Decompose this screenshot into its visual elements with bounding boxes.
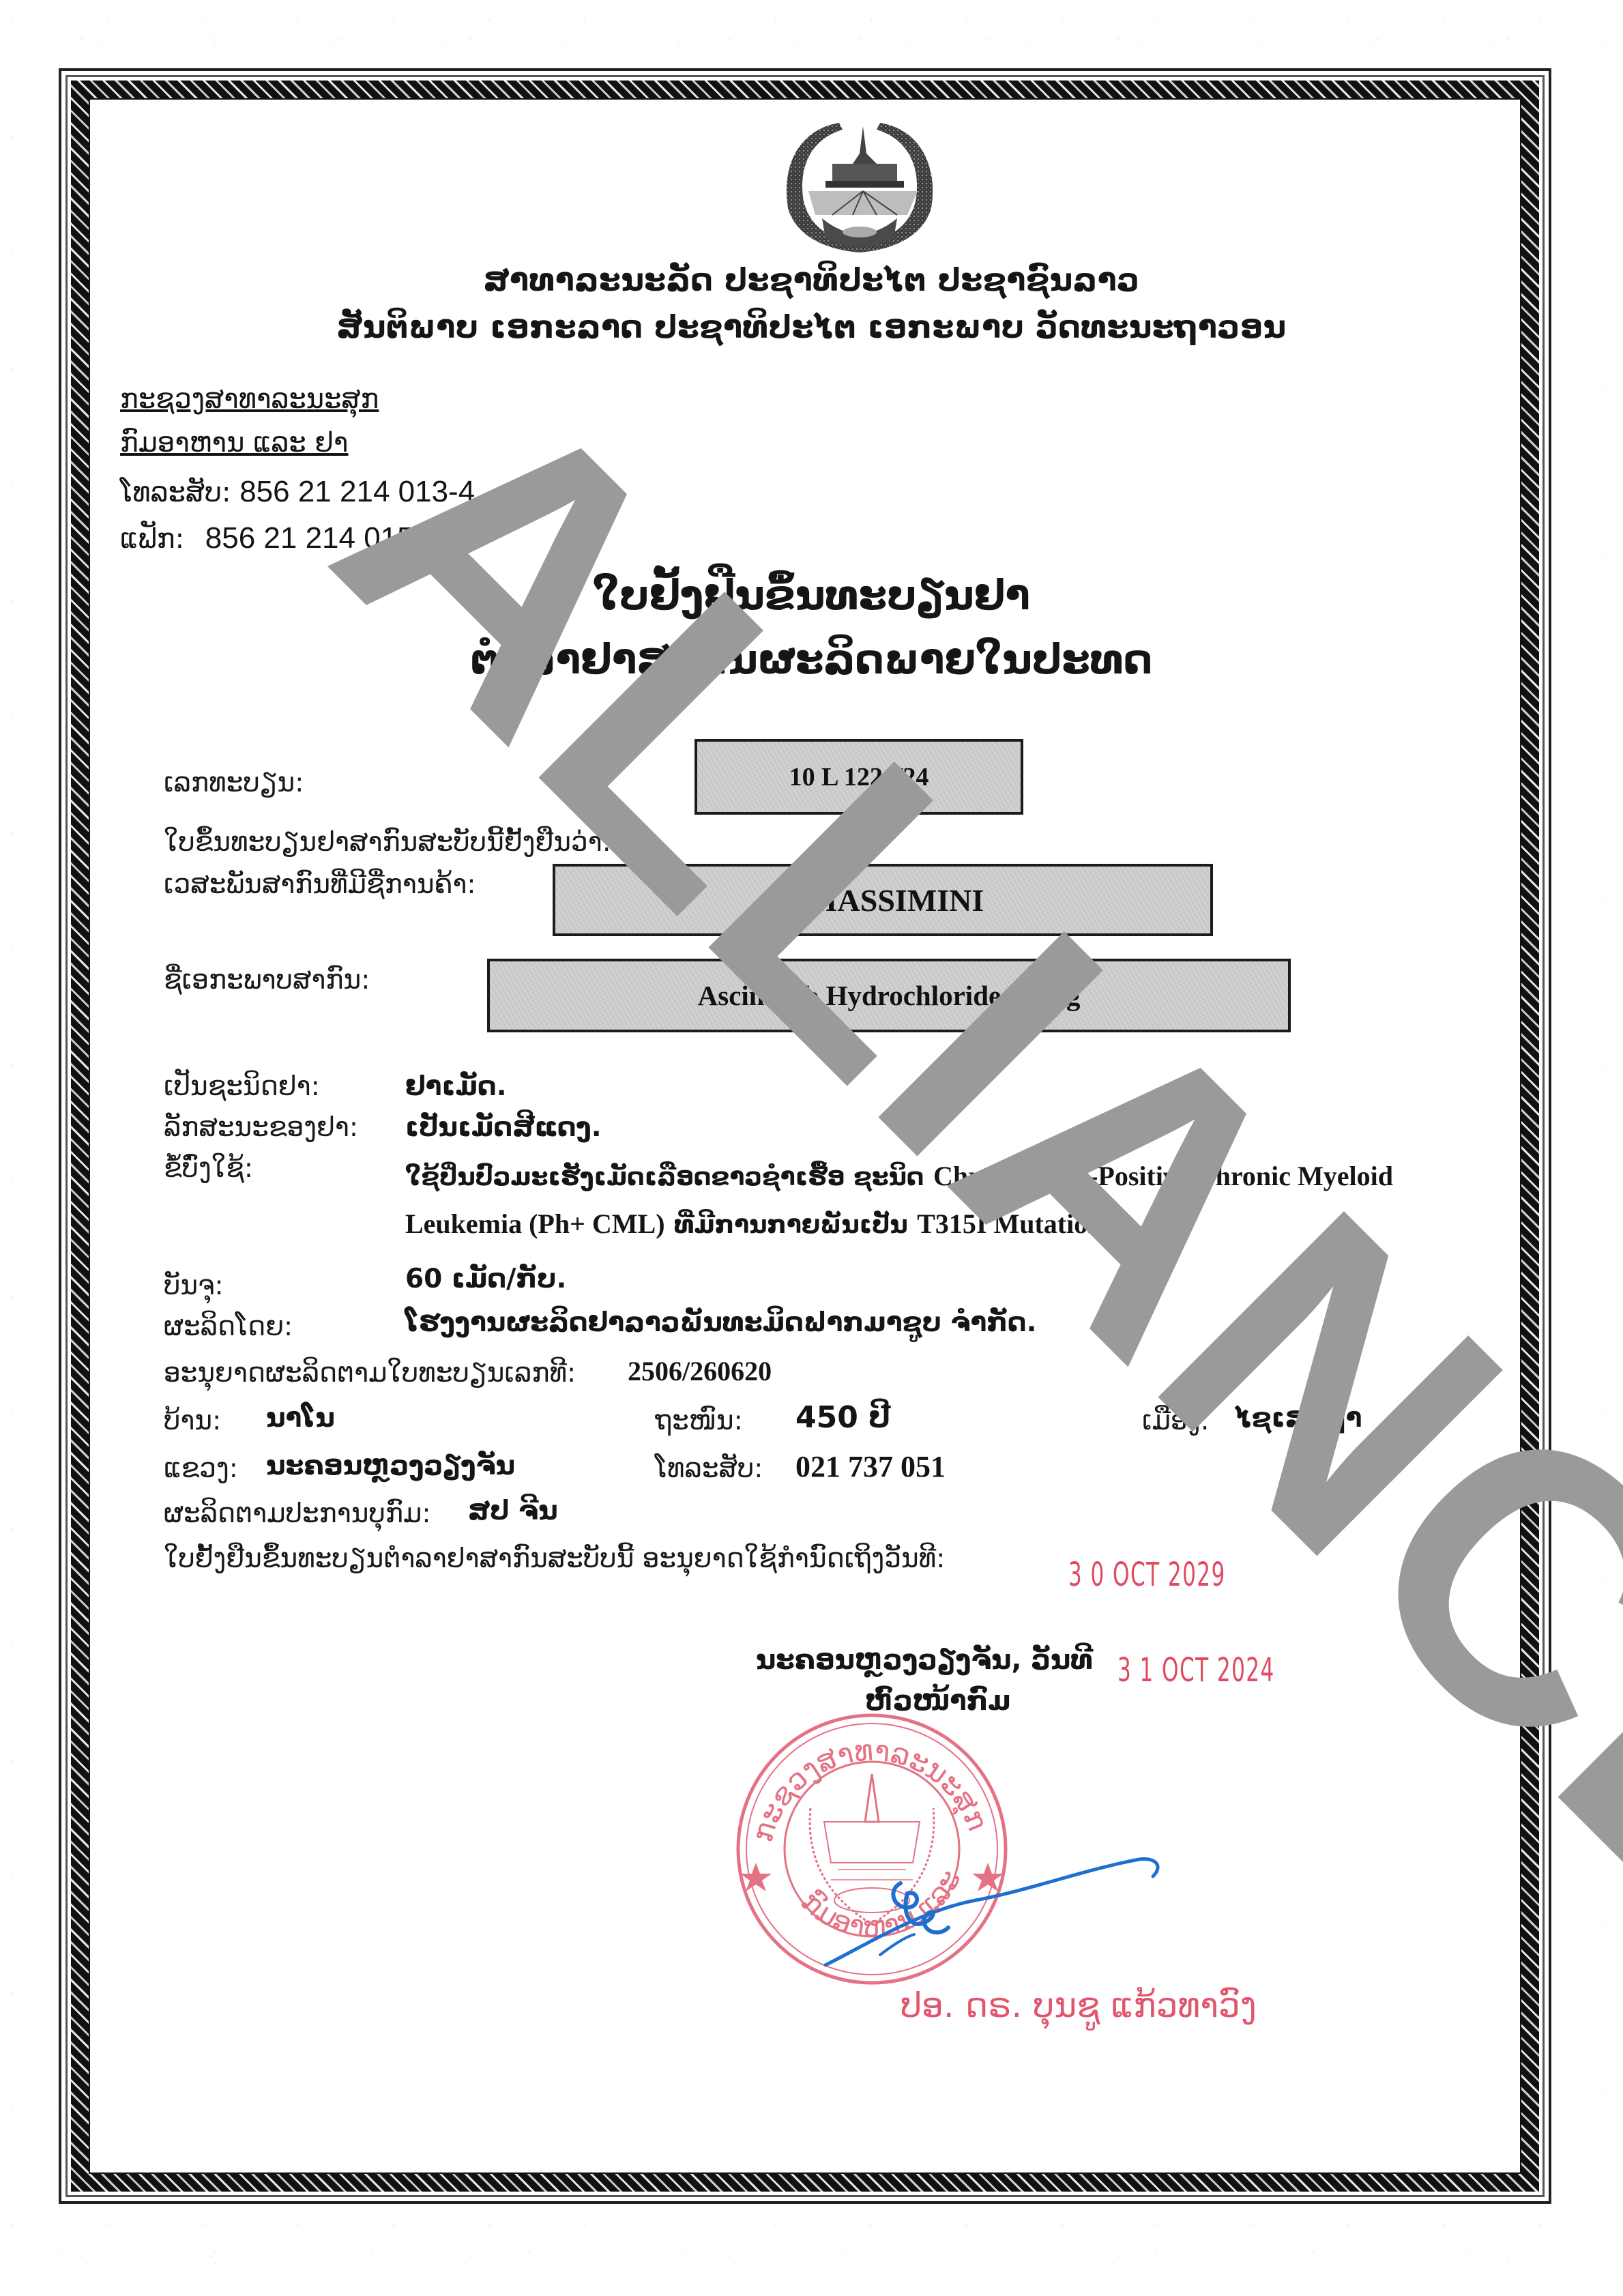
- phone-value: 856 21 214 013-4: [239, 475, 475, 508]
- certificate-subtitle: ຕຳລາຢາສາກົນຜະລິດພາຍໃນປະທດ: [0, 636, 1623, 684]
- indication-en-text-2: Leukemia (Ph+ CML): [405, 1208, 665, 1239]
- appearance-label: ລັກສະນະຂອງຢາ:: [164, 1112, 358, 1143]
- national-emblem-icon: [757, 113, 962, 259]
- signer-name: ປອ. ດຣ. ບຸນຊູ ແກ້ວທາວົງ: [901, 1986, 1257, 2025]
- origin-label: ຜະລິດຕາມປະການບຸກົມ:: [164, 1498, 431, 1529]
- pack-size: 60 ເມັດ/ກັບ.: [405, 1264, 566, 1294]
- country-name: ສາທາລະນະລັດ ປະຊາທິປະໄຕ ປະຊາຊົນລາວ: [0, 261, 1623, 298]
- brand-name: ALIASSIMINI: [553, 864, 1213, 936]
- district: ໄຊເສດຖາ: [1235, 1403, 1362, 1434]
- tel-label: ໂທລະສັບ:: [655, 1453, 763, 1484]
- indication-lao-text: ໃຊ້ປິ່ນປົວມະເຮັງເມັດເລືອດຂາວຊຳເຮື້ອ ຊະນິ…: [405, 1163, 924, 1191]
- issue-date-stamp: 3 1 OCT 2024: [1117, 1651, 1275, 1689]
- origin: ສປ ຈີນ: [468, 1496, 558, 1526]
- indication-label: ຂໍ້ບົ່ງໃຊ້:: [164, 1153, 253, 1184]
- manufacturer-label: ຜະລິດໂດຍ:: [164, 1311, 293, 1342]
- dosage-form-label: ເປັນຊະນິດຢາ:: [164, 1071, 320, 1102]
- ministry-name: ກະຊວງສາທາລະນະສຸກ: [120, 383, 379, 415]
- issuer-phone: ໂທລະສັບ: 856 21 214 013-4: [120, 475, 475, 509]
- validity-label: ໃບຢັ້ງຢືນຂຶ້ນທະບຽນຕຳລາຢາສາກົນສະບັບນີ້ ອະ…: [164, 1543, 945, 1574]
- road-label: ຖະໜົນ:: [655, 1406, 743, 1436]
- generic-name: Asciminib Hydrochloride 40 mg: [487, 959, 1291, 1032]
- certifies-label: ໃບຂຶ້ນທະບຽນຢາສາກົນສະບັບນີ້ຢັ້ງຢືນວ່າ:: [164, 827, 611, 858]
- pack-size-label: ບັນຈຸ:: [164, 1270, 224, 1301]
- road: 450 ປີ: [795, 1400, 890, 1435]
- indication-line-1: ໃຊ້ປິ່ນປົວມະເຮັງເມັດເລືອດຂາວຊຳເຮື້ອ ຊະນິ…: [405, 1160, 1393, 1192]
- department-name: ກົມອາຫານ ແລະ ຢາ: [120, 427, 348, 459]
- village-label: ບ້ານ:: [164, 1406, 221, 1436]
- license-label: ອະນຸຍາດຜະລິດຕາມໃບທະບຽນເລກທີ:: [164, 1358, 576, 1389]
- signature-icon: [785, 1842, 1194, 1992]
- appearance: ເປັນເມັດສີແດງ.: [405, 1112, 602, 1143]
- district-label: ເມືອງ:: [1142, 1406, 1210, 1436]
- province-label: ແຂວງ:: [164, 1453, 238, 1484]
- national-motto: ສັນຕິພາບ ເອກະລາດ ປະຊາທິປະໄຕ ເອກະພາບ ວັດທ…: [0, 308, 1623, 345]
- indication-en-text: Chromosome-Positive Chronic Myeloid: [933, 1161, 1393, 1191]
- province: ນະຄອນຫຼວງວຽງຈັນ: [266, 1451, 515, 1481]
- dosage-form: ຢາເມັດ.: [405, 1071, 507, 1102]
- license-number: 2506/260620: [628, 1355, 772, 1387]
- brand-name-label: ເວສະພັນສາກົນທີ່ມີຊື່ການຄ້າ:: [164, 869, 476, 900]
- expiry-date-stamp: 3 0 OCT 2029: [1068, 1556, 1226, 1594]
- generic-name-label: ຊື່ເອກະພາບສາກົນ:: [164, 965, 370, 996]
- phone-label: ໂທລະສັບ:: [120, 477, 231, 508]
- issuer-fax: ແຟັກ: 856 21 214 015: [120, 521, 414, 555]
- registration-number: 10 L 1221/24: [694, 739, 1023, 815]
- certificate-title: ໃບຢັ້ງຢືນຂຶ້ນທະບຽນຢາ: [0, 572, 1623, 620]
- fax-label: ແຟັກ:: [120, 523, 184, 555]
- indication-lao-text-2: ທີ່ມີການກາຍພັນເປັນ: [674, 1211, 908, 1239]
- tel: 021 737 051: [795, 1449, 946, 1484]
- manufacturer: ໂຮງງານຜະລິດຢາລາວພັນທະມິດຟາກມາຊູບ ຈຳກັດ.: [405, 1307, 1036, 1338]
- registration-number-label: ເລກທະບຽນ:: [164, 768, 304, 798]
- indication-line-2: Leukemia (Ph+ CML) ທີ່ມີການກາຍພັນເປັນ T3…: [405, 1208, 1109, 1240]
- fax-value: 856 21 214 015: [205, 521, 414, 555]
- place-date-label: ນະຄອນຫຼວງວຽງຈັນ, ວັນທີ: [756, 1644, 1093, 1676]
- village: ນາໂນ: [266, 1403, 335, 1434]
- indication-en-text-3: T315I Mutation.: [917, 1208, 1109, 1239]
